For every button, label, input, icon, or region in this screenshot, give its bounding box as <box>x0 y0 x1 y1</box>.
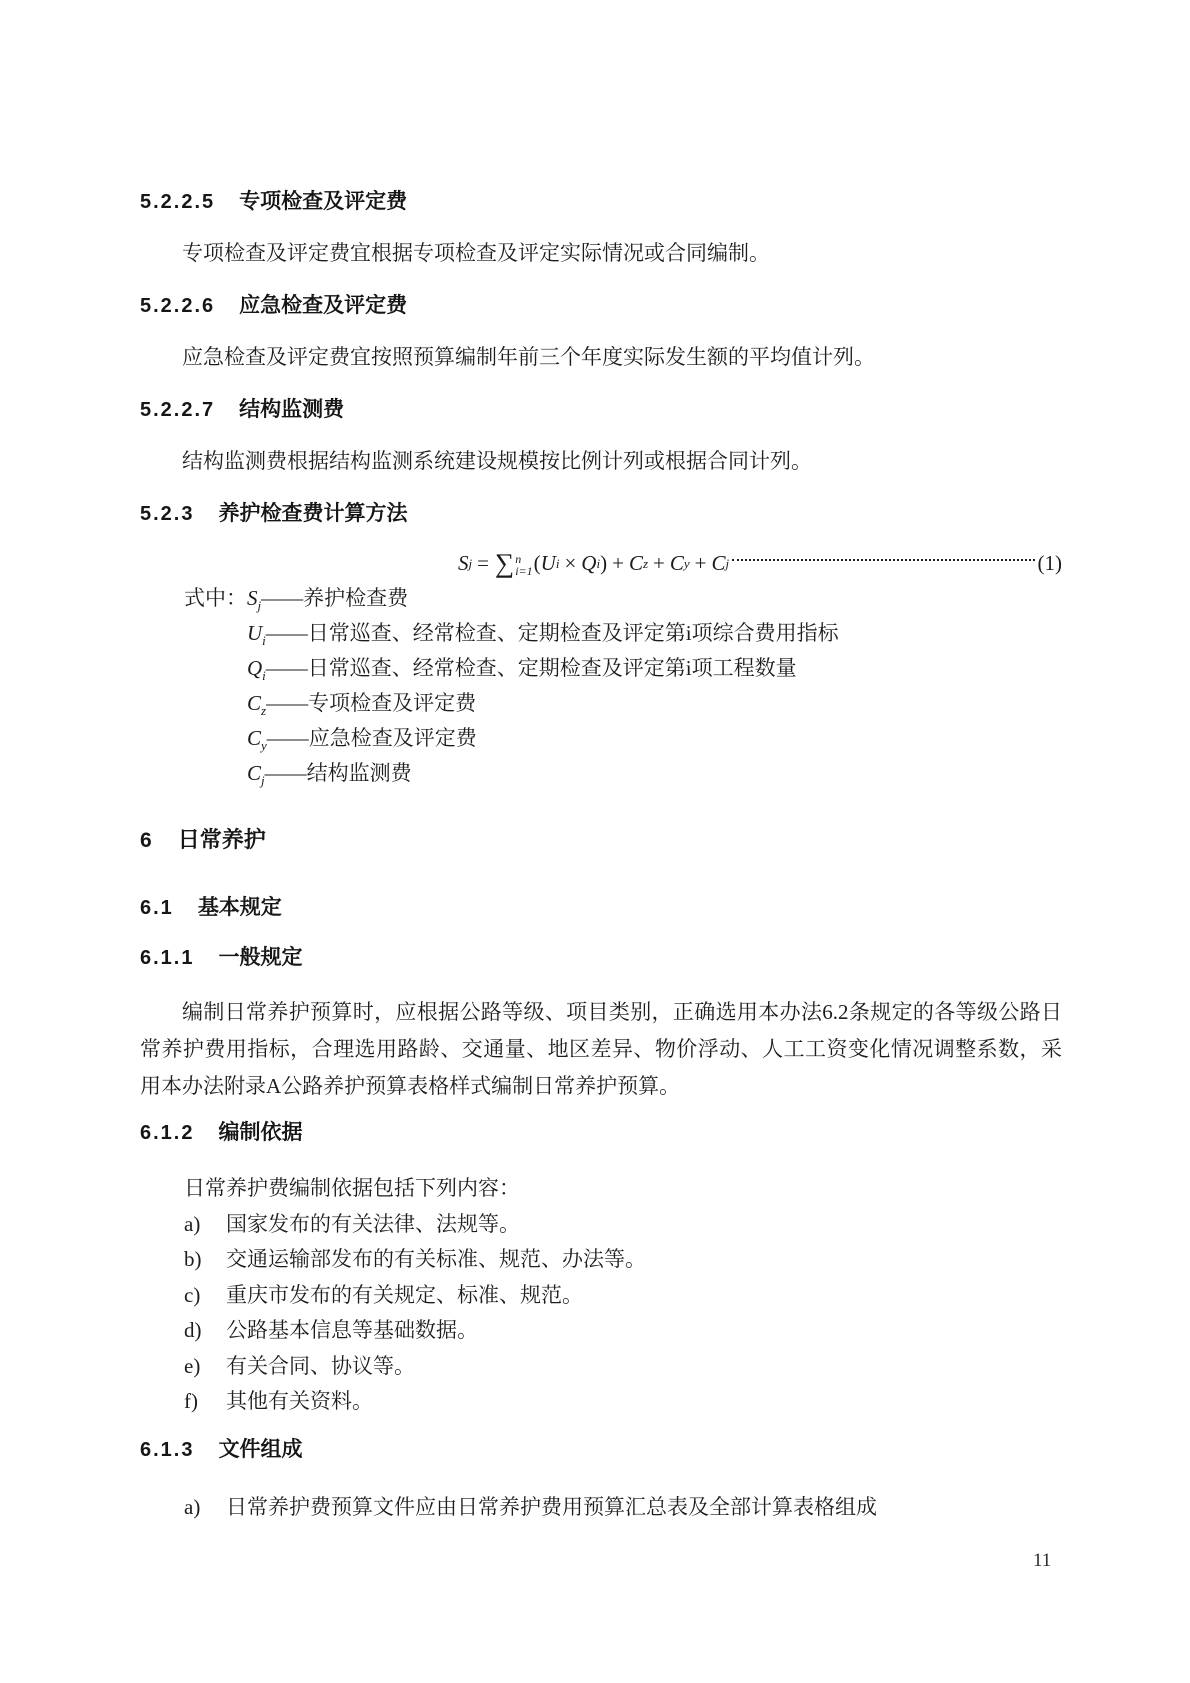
formula-expression: Sj=∑ni=1(Ui×Qi)+Cz+Cy+Cj <box>458 550 729 577</box>
heading-number: 6 <box>140 829 154 852</box>
equation-number: (1) <box>1038 551 1063 576</box>
list-item-label: b) <box>184 1242 226 1278</box>
heading-5-2-2-7: 5.2.2.7结构监测费 <box>140 398 1062 422</box>
legend-desc: ——结构监测费 <box>265 761 412 785</box>
legend-line: Cy——应急检查及评定费 <box>140 721 1062 756</box>
heading-number: 6.1 <box>140 897 174 919</box>
formula-var: C <box>712 551 726 576</box>
list-intro: 日常养护费编制依据包括下列内容： <box>140 1171 1062 1207</box>
formula-1: Sj=∑ni=1(Ui×Qi)+Cz+Cy+Cj (1) <box>458 550 1062 577</box>
list-item: f)其他有关资料。 <box>140 1384 1062 1420</box>
list-item-text: 重庆市发布的有关规定、标准、规范。 <box>226 1283 583 1307</box>
list-item-text: 日常养护费预算文件应由日常养护费用预算汇总表及全部计算表格组成 <box>226 1495 877 1519</box>
legend-desc: ——专项检查及评定费 <box>266 691 476 715</box>
list-item: a)日常养护费预算文件应由日常养护费用预算汇总表及全部计算表格组成 <box>140 1490 1062 1526</box>
list-item: a)国家发布的有关法律、法规等。 <box>140 1207 1062 1243</box>
legend-line: Cz——专项检查及评定费 <box>140 686 1062 721</box>
sigma-symbol: ∑ <box>495 550 514 577</box>
heading-title: 应急检查及评定费 <box>239 294 407 317</box>
list-6-1-2: 日常养护费编制依据包括下列内容： a)国家发布的有关法律、法规等。 b)交通运输… <box>140 1171 1062 1420</box>
summation: ∑ni=1 <box>495 550 533 577</box>
legend-symbol: S <box>247 586 258 610</box>
list-item-text: 国家发布的有关法律、法规等。 <box>226 1212 520 1236</box>
sum-lower-limit: i=1 <box>515 565 532 577</box>
heading-number: 6.1.2 <box>140 1122 194 1144</box>
heading-number: 5.2.2.6 <box>140 295 215 317</box>
legend-line: Ui——日常巡查、经常检查、定期检查及评定第i项综合费用指标 <box>140 616 1062 651</box>
heading-title: 养护检查费计算方法 <box>218 502 407 525</box>
heading-number: 6.1.3 <box>140 1439 194 1461</box>
legend-symbol: C <box>247 691 261 715</box>
legend-label: 式中： <box>184 586 247 610</box>
heading-6: 6日常养护 <box>140 827 1062 854</box>
document-page: 5.2.2.5专项检查及评定费 专项检查及评定费宜根据专项检查及评定实际情况或合… <box>0 0 1190 1683</box>
heading-6-1-2: 6.1.2编制依据 <box>140 1121 1062 1145</box>
legend-symbol: U <box>247 621 262 645</box>
legend-desc: ——应急检查及评定费 <box>267 726 477 750</box>
close-paren: ) <box>600 551 607 576</box>
list-item-label: a) <box>184 1207 226 1243</box>
plus-sign: + <box>690 551 712 576</box>
heading-title: 结构监测费 <box>239 398 344 421</box>
heading-6-1-1: 6.1.1一般规定 <box>140 946 1062 970</box>
heading-title: 编制依据 <box>218 1121 302 1144</box>
equals-sign: = <box>472 551 494 576</box>
heading-title: 日常养护 <box>178 827 266 852</box>
list-item-text: 交通运输部发布的有关标准、规范、办法等。 <box>226 1247 646 1271</box>
legend-desc: ——养护检查费 <box>261 586 408 610</box>
paragraph-6-1-1: 编制日常养护预算时，应根据公路等级、项目类别，正确选用本办法6.2条规定的各等级… <box>140 994 1062 1105</box>
times-sign: × <box>559 551 581 576</box>
heading-title: 一般规定 <box>218 946 302 969</box>
heading-number: 5.2.3 <box>140 503 194 525</box>
formula-legend: 式中：Sj——养护检查费 Ui——日常巡查、经常检查、定期检查及评定第i项综合费… <box>140 581 1062 791</box>
legend-symbol: C <box>247 726 261 750</box>
dot-leader <box>732 559 1034 561</box>
formula-var: C <box>629 551 643 576</box>
heading-5-2-2-5: 5.2.2.5专项检查及评定费 <box>140 190 1062 214</box>
plus-sign: + <box>648 551 670 576</box>
heading-5-2-3: 5.2.3养护检查费计算方法 <box>140 502 1062 526</box>
formula-var: C <box>670 551 684 576</box>
heading-6-1-3: 6.1.3文件组成 <box>140 1438 1062 1462</box>
formula-var: S <box>458 551 469 576</box>
list-item-label: e) <box>184 1349 226 1385</box>
paragraph-5-2-2-6: 应急检查及评定费宜按照预算编制年前三个年度实际发生额的平均值计列。 <box>140 346 1062 368</box>
open-paren: ( <box>534 551 541 576</box>
list-item-label: f) <box>184 1384 226 1420</box>
legend-line: Cj——结构监测费 <box>140 756 1062 791</box>
list-item-text: 有关合同、协议等。 <box>226 1354 415 1378</box>
formula-var: Q <box>581 551 596 576</box>
paragraph-5-2-2-5: 专项检查及评定费宜根据专项检查及评定实际情况或合同编制。 <box>140 242 1062 264</box>
list-item-text: 公路基本信息等基础数据。 <box>226 1318 478 1342</box>
legend-desc: ——日常巡查、经常检查、定期检查及评定第i项综合费用指标 <box>266 621 839 645</box>
paragraph-5-2-2-7: 结构监测费根据结构监测系统建设规模按比例计列或根据合同计列。 <box>140 450 1062 472</box>
list-item: d)公路基本信息等基础数据。 <box>140 1313 1062 1349</box>
list-item-label: d) <box>184 1313 226 1349</box>
heading-6-1: 6.1基本规定 <box>140 896 1062 920</box>
heading-title: 文件组成 <box>218 1438 302 1461</box>
heading-number: 5.2.2.7 <box>140 399 215 421</box>
list-item: e)有关合同、协议等。 <box>140 1349 1062 1385</box>
list-item-label: c) <box>184 1278 226 1314</box>
heading-title: 专项检查及评定费 <box>239 190 407 213</box>
heading-title: 基本规定 <box>198 896 282 919</box>
formula-var: U <box>541 551 556 576</box>
list-item-text: 其他有关资料。 <box>226 1389 373 1413</box>
heading-number: 6.1.1 <box>140 947 194 969</box>
list-item: b)交通运输部发布的有关标准、规范、办法等。 <box>140 1242 1062 1278</box>
legend-symbol: Q <box>247 656 262 680</box>
legend-line: 式中：Sj——养护检查费 <box>140 581 1062 616</box>
heading-number: 5.2.2.5 <box>140 191 215 213</box>
list-item: c)重庆市发布的有关规定、标准、规范。 <box>140 1278 1062 1314</box>
legend-line: Qi——日常巡查、经常检查、定期检查及评定第i项工程数量 <box>140 651 1062 686</box>
plus-sign: + <box>607 551 629 576</box>
legend-desc: ——日常巡查、经常检查、定期检查及评定第i项工程数量 <box>266 656 797 680</box>
legend-symbol: C <box>247 761 261 785</box>
page-number: 11 <box>1033 1550 1051 1572</box>
heading-5-2-2-6: 5.2.2.6应急检查及评定费 <box>140 294 1062 318</box>
list-item-label: a) <box>184 1490 226 1526</box>
